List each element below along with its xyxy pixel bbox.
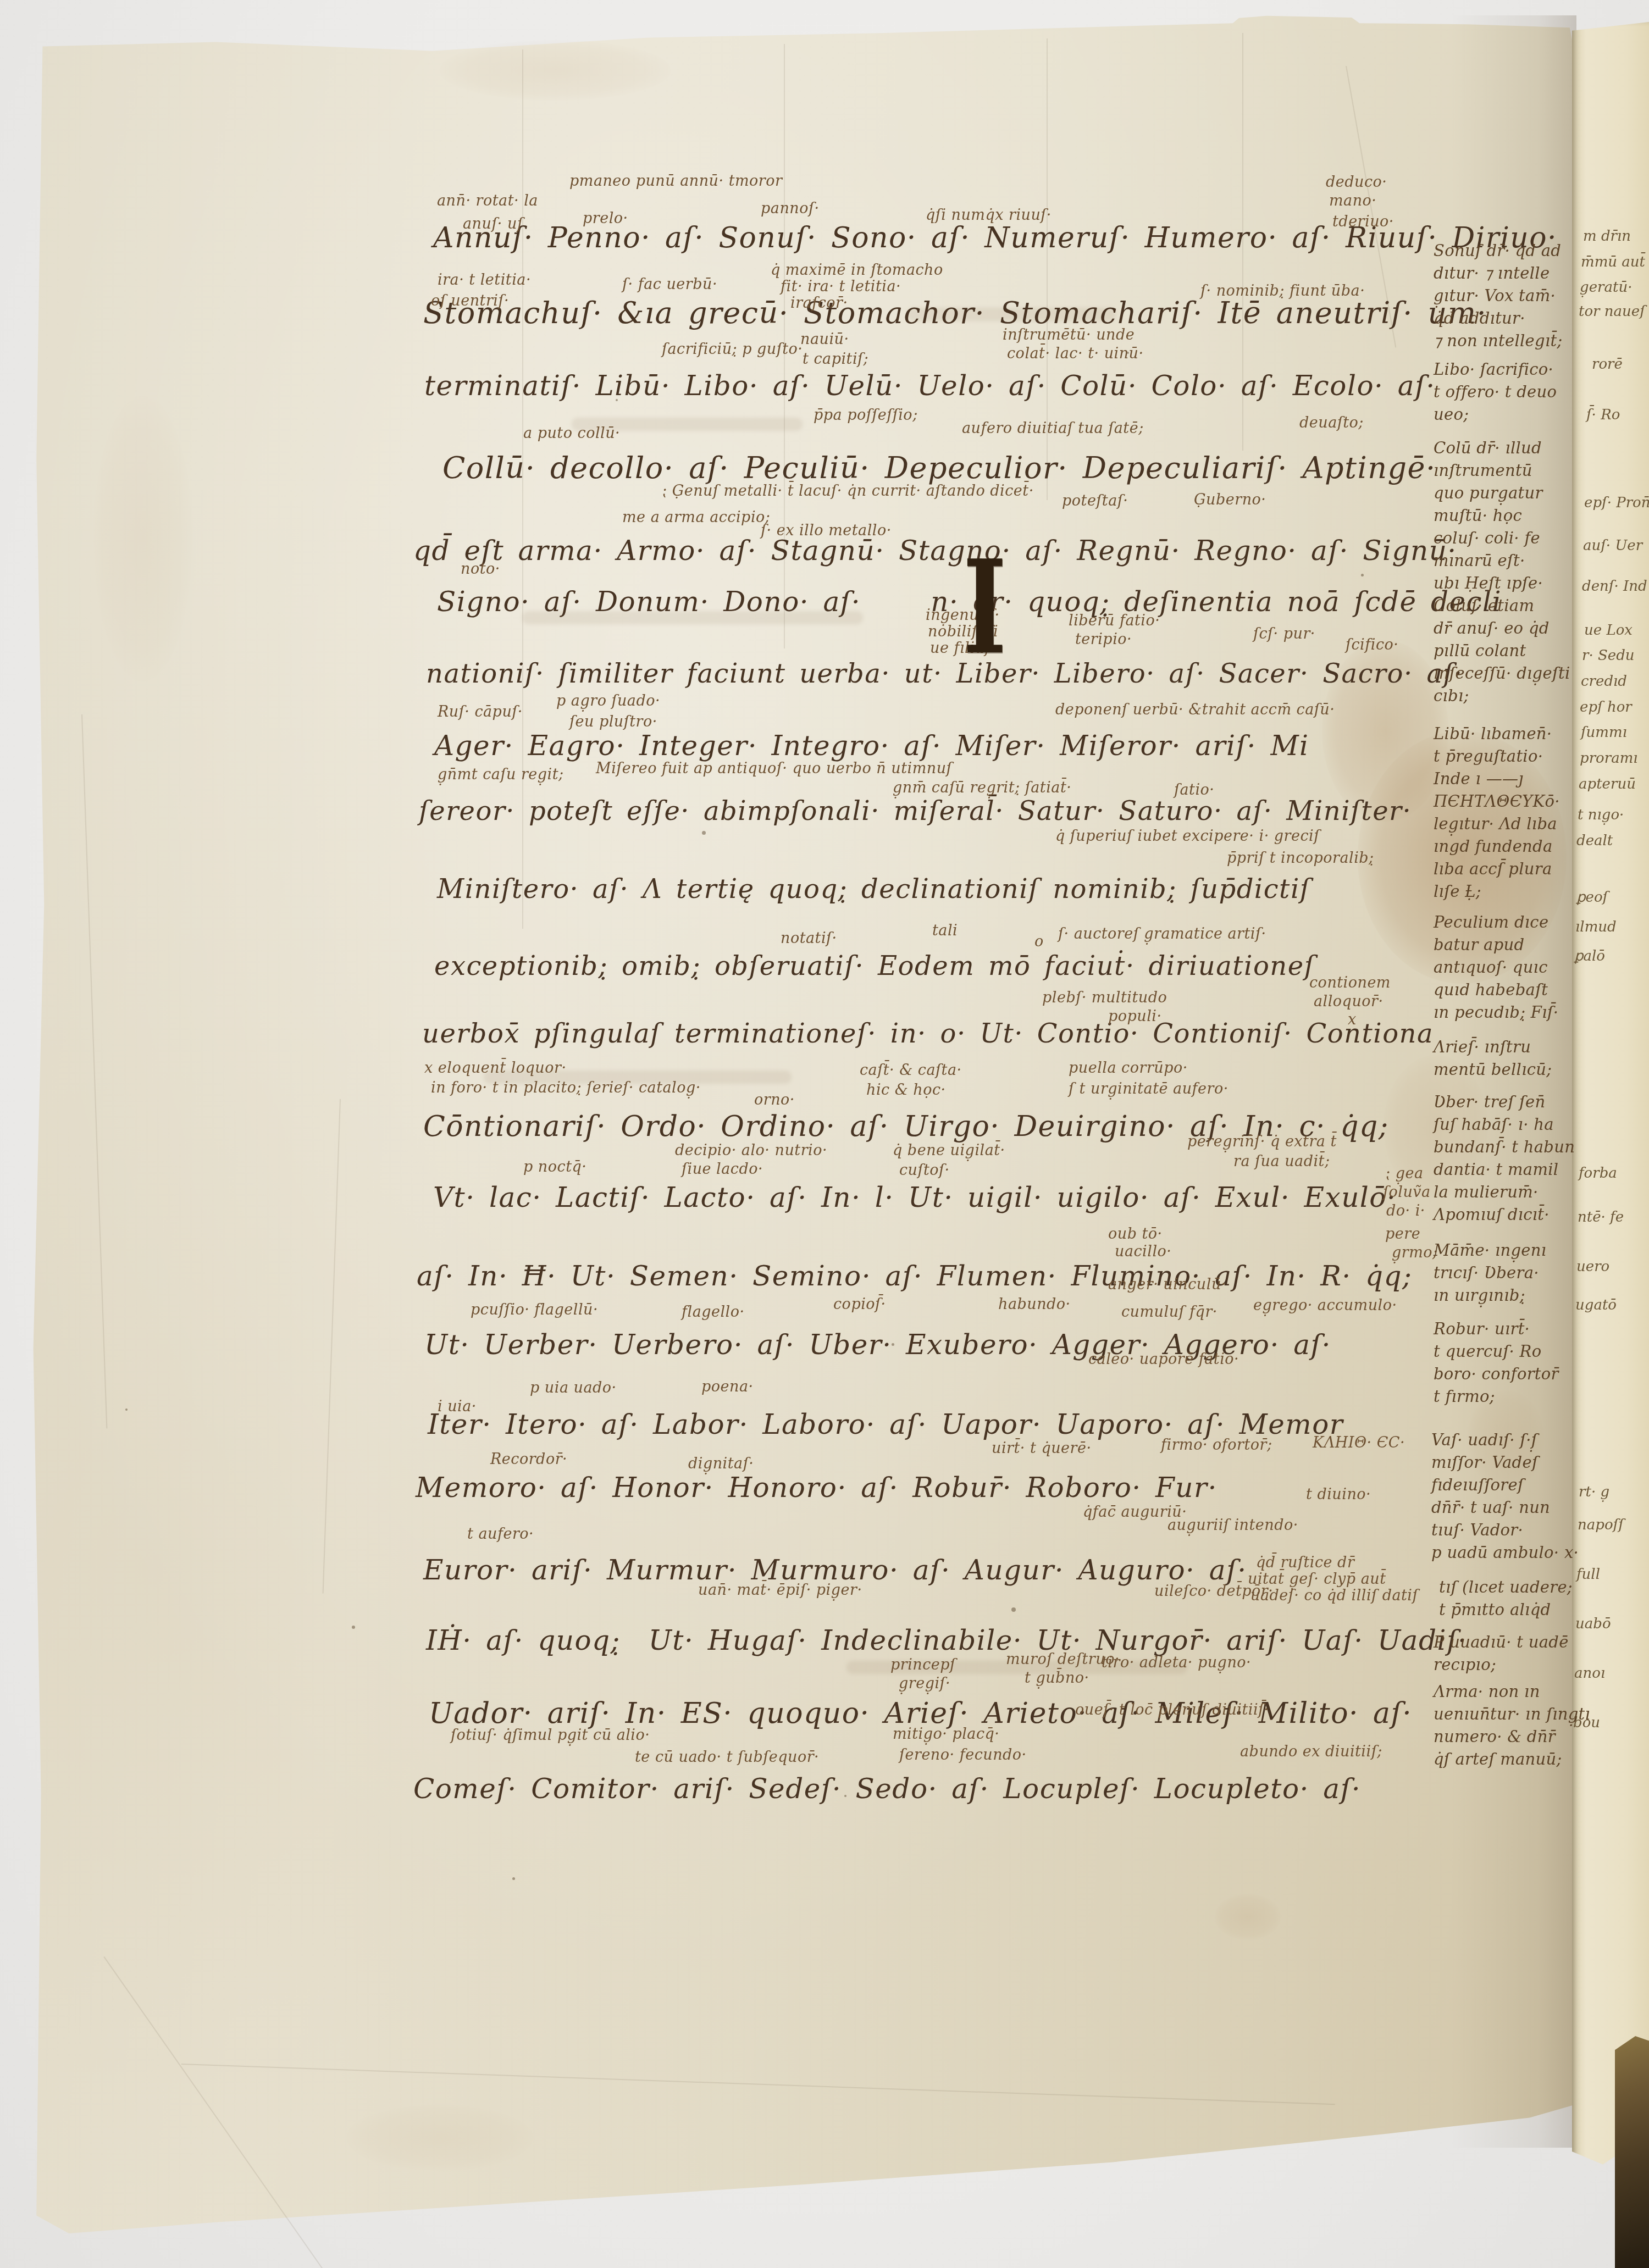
- folio-edge-fragment: rorē: [1592, 356, 1623, 373]
- interlinear-gloss: uadeſ· co q̇d illiſ datiſ: [1250, 1588, 1418, 1604]
- interlinear-gloss: q̇d̄ ruſtice dr̄: [1256, 1555, 1354, 1571]
- interlinear-gloss: caſt̄· & caſta·: [860, 1063, 962, 1078]
- margin-note-4: Libū· lıbamen̄· t p̄reguſtatio· Inde ı —…: [1434, 723, 1593, 903]
- interlinear-gloss: i uia·: [438, 1399, 477, 1415]
- interlinear-gloss: ſatio·: [1174, 783, 1214, 798]
- interlinear-gloss: flagello·: [682, 1305, 745, 1320]
- interlinear-gloss: t diuino·: [1306, 1487, 1371, 1502]
- interlinear-gloss: alloquor̄·: [1314, 994, 1384, 1010]
- interlinear-gloss: ſeu pluſtro·: [569, 714, 657, 730]
- interlinear-gloss: ſiue lacdo·: [682, 1162, 763, 1177]
- interlinear-gloss: tderiuo·: [1332, 214, 1394, 230]
- interlinear-gloss: a puto collū·: [523, 426, 620, 441]
- interlinear-gloss: in foro· t in placito;̣ ſerieſ· catalog̣…: [431, 1080, 701, 1096]
- interlinear-gloss: iraſcor̄·: [790, 296, 848, 311]
- margin-note-8: Mām̄e· ıng̣enı trıcıſ· Ʋbera· ın uırg̣ın…: [1434, 1239, 1593, 1307]
- interlinear-gloss: notatiſ·: [781, 931, 837, 946]
- interlinear-gloss: orno·: [754, 1093, 795, 1108]
- interlinear-gloss: anuſ· uſ: [463, 217, 523, 232]
- interlinear-gloss: fit· ira· t letitia·: [781, 279, 901, 295]
- folio-edge-fragment: epſ· Pron̄: [1584, 495, 1649, 511]
- interlinear-gloss: t g̣ub̄no·: [1025, 1671, 1089, 1686]
- interlinear-gloss: o: [1034, 934, 1044, 950]
- interlinear-gloss: poteſtaſ·: [1062, 493, 1128, 509]
- interlinear-gloss: uitat̄ g̣eſ· clyp̄ aut̄: [1248, 1572, 1386, 1587]
- text-line-9: ſereor· poteſt eſſe· abimpſonali· miſera…: [419, 797, 1412, 826]
- text-line-11: exceptionib;̣ omib;̣ obſeruatiſ· Eodem m…: [434, 952, 1315, 981]
- interlinear-gloss: g̣rmo;: [1392, 1245, 1438, 1261]
- interlinear-gloss: x eloquent̄ loquor·: [424, 1061, 566, 1076]
- interlinear-gloss: hic & học·: [866, 1083, 946, 1098]
- interlinear-gloss: KΛHIΘ· ЄC·: [1313, 1435, 1405, 1451]
- interlinear-gloss: uirt̄· t q̇uerē·: [992, 1441, 1092, 1456]
- interlinear-gloss: dig̣nitaſ·: [688, 1456, 754, 1472]
- interlinear-gloss: abundo ex diuitiiſ;: [1240, 1744, 1382, 1760]
- interlinear-gloss: firmo· ofortor̄;: [1161, 1438, 1272, 1453]
- interlinear-gloss: ſ· nominib;̣ fiunt ūba·: [1200, 284, 1365, 299]
- binding-shadow: [1615, 2036, 1649, 2268]
- interlinear-gloss: Ruſ· cāpuſ·: [438, 705, 523, 720]
- text-line-22: Comeſ· Comitor· ariſ· Sedeſ· Sedo· aſ· L…: [413, 1774, 1361, 1804]
- interlinear-gloss: colat̄· lac· t· uinū·: [1007, 346, 1144, 362]
- interlinear-gloss: inſtrumētū· unde: [1003, 328, 1135, 343]
- margin-note-9: Robur· uırt̄· t quercuſ· Ro boro· confor…: [1434, 1318, 1593, 1408]
- interlinear-gloss: contionem: [1309, 975, 1391, 991]
- text-line-20: IḢ· aſ· quoq;̣ Ut· Hugaſ· Indeclinabile·…: [426, 1626, 1467, 1656]
- interlinear-gloss: ra ſua uadit̄;: [1233, 1154, 1330, 1169]
- interlinear-gloss: g̣reg̣iſ·: [899, 1676, 950, 1692]
- interlinear-gloss: p̄pa poſſeſſio;: [814, 408, 918, 423]
- text-line-5: qd̄ eſt arma· Armo· aſ· Stagnū· Stagno· …: [413, 536, 1457, 566]
- text-line-7: nationiſ· ſimiliter faciunt uerba· ut· L…: [426, 659, 1463, 689]
- interlinear-gloss: ira· t letitia·: [438, 273, 531, 288]
- interlinear-gloss: deduco·: [1326, 175, 1387, 190]
- text-line-19: Euror· ariſ· Murmur· Murmuro· aſ· Augur·…: [423, 1555, 1247, 1585]
- interlinear-gloss: uacillo·: [1115, 1244, 1171, 1260]
- interlinear-gloss: aufero diuitiaſ tua ſatē;: [962, 421, 1144, 436]
- initial-letter-I: I: [963, 552, 1006, 662]
- interlinear-gloss: ſcſ· pur·: [1253, 626, 1315, 642]
- margin-note-12: P uuadıū· t uadē recıpıo;: [1434, 1631, 1593, 1676]
- interlinear-gloss: q̇ ſuperiuſ iubet excipere· i· greciſ: [1055, 829, 1320, 844]
- interlinear-gloss: q̇ bene uig̣ilat̄·: [893, 1143, 1005, 1158]
- interlinear-gloss: cumuluſ fq̄r·: [1121, 1305, 1218, 1320]
- interlinear-gloss: teripio·: [1075, 632, 1132, 647]
- interlinear-gloss: anger· uinculū·: [1108, 1277, 1226, 1293]
- interlinear-gloss: G̣uberno·: [1194, 492, 1266, 508]
- interlinear-gloss: mitig̣o· placq̄·: [893, 1727, 999, 1742]
- margin-note-2: Libo· ſacrifico· t offero· t deuo ueo;: [1434, 358, 1593, 426]
- text-line-18: Memoro· aſ· Honor· Honoro· aſ· Robur̄· R…: [416, 1473, 1218, 1503]
- manuscript-photo: m dr̄ınm̄mū aut̄g̣eratū·tor naueſrorēſ̄·…: [0, 0, 1649, 2268]
- interlinear-gloss: mano·: [1329, 193, 1376, 209]
- interlinear-gloss: pcuſſio· flagellū·: [471, 1302, 598, 1318]
- interlinear-gloss: g̣nm̄ caſū reg̣rit;̣ ſatiat̄·: [893, 780, 1071, 796]
- interlinear-gloss: me a arma accipio;: [622, 510, 770, 525]
- interlinear-gloss: ſ· fac uerbū·: [622, 277, 717, 292]
- interlinear-gloss: aug̣uriiſ intendo·: [1167, 1518, 1298, 1533]
- margin-note-5: Peculium dıce batur apud antıquoſ· quıc …: [1434, 911, 1593, 1024]
- margin-note-1: Sonuſ dr̄· q̇d ad dıtur· ⁊ ıntelle g̣ıtu…: [1434, 240, 1593, 352]
- interlinear-gloss: oub tō·: [1108, 1227, 1163, 1242]
- margin-note-3: Colū dr̄· ıllud ınſtrumentū quo purg̣atu…: [1434, 437, 1593, 707]
- text-line-17: Iter· Itero· aſ· Labor· Laboro· aſ· Uapo…: [428, 1410, 1343, 1440]
- interlinear-gloss: ſoluṽa: [1383, 1185, 1431, 1200]
- interlinear-gloss: ſacrificiū;̣ p guſto·: [662, 342, 803, 357]
- text-line-2: Stomachuſ· &ıa grecū· Stomachor· Stomach…: [423, 297, 1487, 329]
- interlinear-gloss: princepſ: [890, 1657, 956, 1673]
- margin-note-10: Vaſ· uadıſ· ſ·ſ̣ mıſſor· Vadeſ fıdeıuſſo…: [1431, 1429, 1591, 1564]
- interlinear-gloss: puella corrūpo·: [1069, 1061, 1188, 1076]
- interlinear-gloss: populi·: [1108, 1009, 1162, 1024]
- interlinear-gloss: ſ· auctoreſ g̣ramatice artiſ·: [1058, 927, 1266, 942]
- margin-note-7: Ʋber· treſ ſen̄ ſuſ habāſ· ı· ha bundanſ…: [1434, 1091, 1593, 1226]
- interlinear-gloss: noto·: [461, 562, 500, 577]
- interlinear-gloss: p ag̣ro ſuado·: [556, 694, 660, 709]
- interlinear-gloss: pereg̣rin̄ſ· q̇ extra t̄: [1187, 1134, 1337, 1150]
- interlinear-gloss: ann̄· rotat· la: [437, 193, 538, 209]
- interlinear-gloss: tali: [932, 923, 958, 939]
- interlinear-gloss: plebſ· multitudo: [1042, 990, 1167, 1006]
- interlinear-gloss: x: [1348, 1012, 1357, 1028]
- margin-note-6: Λrieſ̄· ınſtru mentū bellıcū;: [1434, 1036, 1593, 1081]
- interlinear-gloss: pmaneo punū annū· tmoror: [569, 174, 782, 189]
- interlinear-gloss: do· i·: [1386, 1204, 1425, 1219]
- interlinear-gloss: tiro· adleta· pug̣no·: [1102, 1655, 1251, 1671]
- interlinear-gloss: ſcifico·: [1346, 637, 1398, 653]
- interlinear-gloss: t capitiſ;: [803, 352, 868, 367]
- text-line-12: uerbox̄ pſingulaſ terminationeſ· in· o· …: [422, 1019, 1434, 1049]
- text-line-8: Ager· Eagro· Integer· Integro· aſ· Miſer…: [434, 731, 1309, 761]
- interlinear-gloss: te cū uado· t ſubſequor̄·: [635, 1750, 819, 1765]
- interlinear-gloss: decipio· alo· nutrio·: [675, 1143, 827, 1158]
- interlinear-gloss: pannoſ·: [761, 201, 820, 217]
- text-line-10: Miniſtero· aſ· Λ tertię quoq;̣ declinati…: [437, 875, 1310, 904]
- interlinear-gloss: poena·: [701, 1379, 754, 1395]
- interlinear-gloss: cuſtoſ·: [899, 1163, 950, 1178]
- interlinear-gloss: p uia uado·: [530, 1380, 617, 1396]
- interlinear-gloss: q̇ſi numq̇x riuuſ·: [926, 208, 1052, 223]
- interlinear-gloss: eg̣rego· accumulo·: [1253, 1298, 1397, 1313]
- text-line-14: Vt· lac· Lactiſ· Lacto· aſ· In· l· Ut· u…: [433, 1183, 1396, 1213]
- text-line-4: Collū· decollo· aſ· Peculiū· Depeculior·…: [442, 452, 1436, 484]
- interlinear-gloss: liberū fatio·: [1069, 613, 1160, 629]
- interlinear-gloss: oſ uentriſ·: [431, 293, 509, 309]
- interlinear-gloss: oueſ̄· t loc̄ plenuſ diuitiiſ̄·: [1075, 1703, 1269, 1718]
- interlinear-gloss: g̣n̄mt caſu reg̣it;: [438, 767, 564, 783]
- interlinear-gloss: prelo·: [583, 211, 628, 226]
- interlinear-gloss: Miſereo fuit ap antiquoſ· quo uerbo n̄ u…: [596, 761, 952, 777]
- interlinear-gloss: ⁏ g̣ea: [1385, 1166, 1424, 1182]
- text-line-3: terminatiſ· Libū· Libo· aſ· Uelū· Uelo· …: [424, 371, 1436, 401]
- interlinear-gloss: p noctq̄·: [523, 1160, 586, 1175]
- interlinear-gloss: ſ· ex illo metallo·: [761, 523, 892, 539]
- text-line-15: aſ· In· Ħ· Ut· Semen· Semino· aſ· Flumen…: [417, 1261, 1412, 1291]
- interlinear-gloss: habundo·: [998, 1297, 1071, 1312]
- interlinear-gloss: deuaſto;: [1299, 415, 1364, 431]
- interlinear-gloss: q̇ maximē in ſtomacho: [771, 263, 943, 278]
- interlinear-gloss: deponenſ uerbū· &trahit accm̄ caſū·: [1055, 702, 1335, 718]
- margin-note-13: Λrma· non ın uenıun̄tur· ın ſıng̣tı nume…: [1434, 1681, 1593, 1771]
- interlinear-gloss: t aufero·: [467, 1527, 534, 1542]
- interlinear-gloss: nauiū·: [800, 332, 849, 347]
- interlinear-gloss: ſereno· fecundo·: [899, 1748, 1027, 1763]
- interlinear-gloss: copioſ̄·: [833, 1297, 886, 1312]
- interlinear-gloss: Recordor̄·: [490, 1452, 567, 1467]
- interlinear-gloss: ⁏ G̣enuſ metalli· t̄ lacuſ· q̇n currit· …: [662, 484, 1034, 499]
- interlinear-gloss: ſotiuſ· q̇ſimul pg̣it cū alio·: [451, 1728, 650, 1743]
- interlinear-gloss: p̄priſ t incoporalib;̣: [1227, 851, 1374, 866]
- interlinear-gloss: pere: [1385, 1227, 1420, 1242]
- interlinear-gloss: uan̄· mat̄· ēpiſ· pig̣er·: [698, 1583, 862, 1598]
- interlinear-gloss: ſ t urg̣initatē aufero·: [1069, 1082, 1229, 1097]
- interlinear-gloss: caleo· uaporē fatio·: [1088, 1352, 1239, 1367]
- margin-note-11: tıſ (lıcet uadere; t p̄mıtto alıq̇d: [1439, 1576, 1598, 1621]
